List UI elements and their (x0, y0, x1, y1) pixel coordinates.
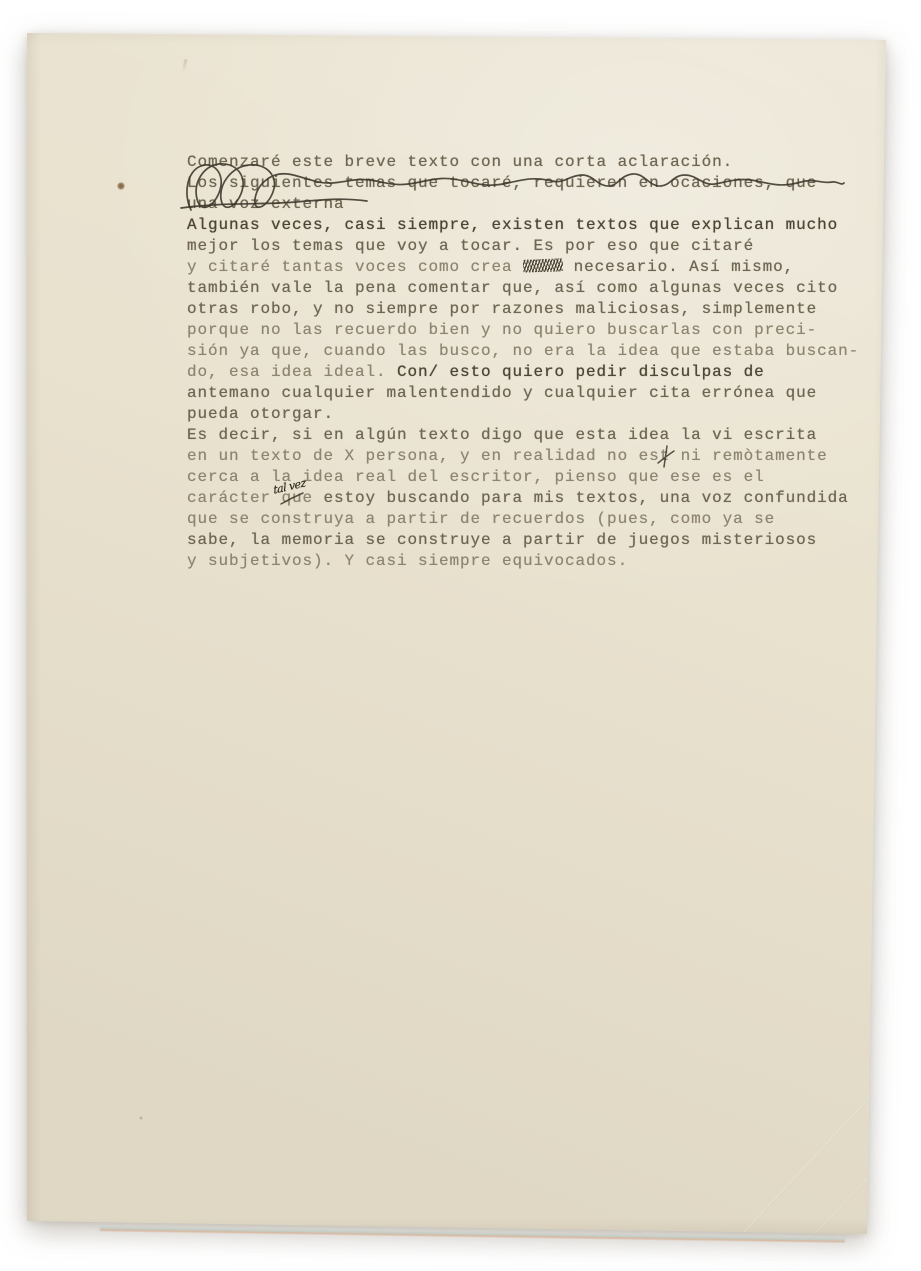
paper-crease (814, 1174, 872, 1234)
typed-line: Los siguientes temas que tocaré, requier… (187, 173, 877, 194)
typed-text: carácter (187, 489, 282, 507)
paper-shadow: Comenzaré este breve texto con una corta… (0, 0, 921, 1271)
typed-text: estoy buscando para mis textos, una voz … (313, 489, 849, 507)
typed-text: Algunas veces, casi siempre, existen tex… (187, 216, 838, 234)
typed-line: antemano cualquier malentendido y cualqu… (187, 383, 877, 404)
typed-line: y citaré tantas voces como crea necesari… (187, 257, 877, 278)
typed-text: que se construya a partir de recuerdos (… (187, 510, 775, 528)
typed-line: Algunas veces, casi siempre, existen tex… (187, 215, 877, 236)
typed-line: otras robo, y no siempre por razones mal… (187, 299, 877, 320)
paper-smudge (182, 59, 188, 73)
typed-text: antemano cualquier malentendido y cualqu… (187, 384, 817, 402)
typed-text: Es decir, si en algún texto digo que est… (187, 426, 817, 444)
typed-line: sión ya que, cuando las busco, no era la… (187, 341, 877, 362)
typed-line: porque no las recuerdo bien y no quiero … (187, 320, 877, 341)
typed-line: pueda otorgar. (187, 404, 877, 425)
typed-text: Comenzaré este breve texto con una corta… (187, 153, 733, 171)
typed-line: también vale la pena comentar que, así c… (187, 278, 877, 299)
paper-speck (117, 182, 125, 190)
typed-line: do, esa idea ideal. Con/ esto quiero ped… (187, 362, 877, 383)
typed-text: Con/ esto quiero pedir disculpas de (397, 363, 765, 381)
typed-text: otras robo, y no siempre por razones mal… (187, 300, 817, 318)
typed-text-block: Comenzaré este breve texto con una corta… (187, 152, 877, 572)
typed-line: Es decir, si en algún texto digo que est… (187, 425, 877, 446)
typed-line: en un texto de X persona, y en realidad … (187, 446, 877, 467)
typed-text: do, esa idea ideal. (187, 363, 397, 381)
typed-text: en un texto de X persona, y en realidad … (187, 447, 828, 465)
typed-text: y citaré tantas voces como crea (187, 258, 523, 276)
typed-line: carácter que estoy buscando para mis tex… (187, 488, 877, 509)
typed-line: una voz externa (187, 194, 877, 215)
typewritten-page: Comenzaré este breve texto con una corta… (27, 33, 886, 1234)
typed-text: pueda otorgar. (187, 405, 334, 423)
typed-line: sabe, la memoria se construye a partir d… (187, 530, 877, 551)
typed-line: Comenzaré este breve texto con una corta… (187, 152, 877, 173)
photo-backdrop: Comenzaré este breve texto con una corta… (0, 0, 921, 1271)
typed-text: porque no las recuerdo bien y no quiero … (187, 321, 817, 339)
typed-text: y subjetivos). Y casi siempre equivocado… (187, 552, 628, 570)
typed-text: una voz externa (187, 195, 345, 213)
typed-line: mejor los temas que voy a tocar. Es por … (187, 236, 877, 257)
typed-text: sabe, la memoria se construye a partir d… (187, 531, 817, 549)
paper-crease (742, 1091, 876, 1235)
typed-text: Los siguientes temas que tocaré, requier… (187, 174, 817, 192)
ink-scribble-redaction (523, 258, 563, 272)
paper-speck (139, 1116, 143, 1120)
typed-text: también vale la pena comentar que, así c… (187, 279, 838, 297)
typed-line: que se construya a partir de recuerdos (… (187, 509, 877, 530)
typed-text: mejor los temas que voy a tocar. Es por … (187, 237, 754, 255)
typed-line: y subjetivos). Y casi siempre equivocado… (187, 551, 877, 572)
typed-text: sión ya que, cuando las busco, no era la… (187, 342, 859, 360)
typed-text: necesario. Así mismo, (563, 258, 794, 276)
